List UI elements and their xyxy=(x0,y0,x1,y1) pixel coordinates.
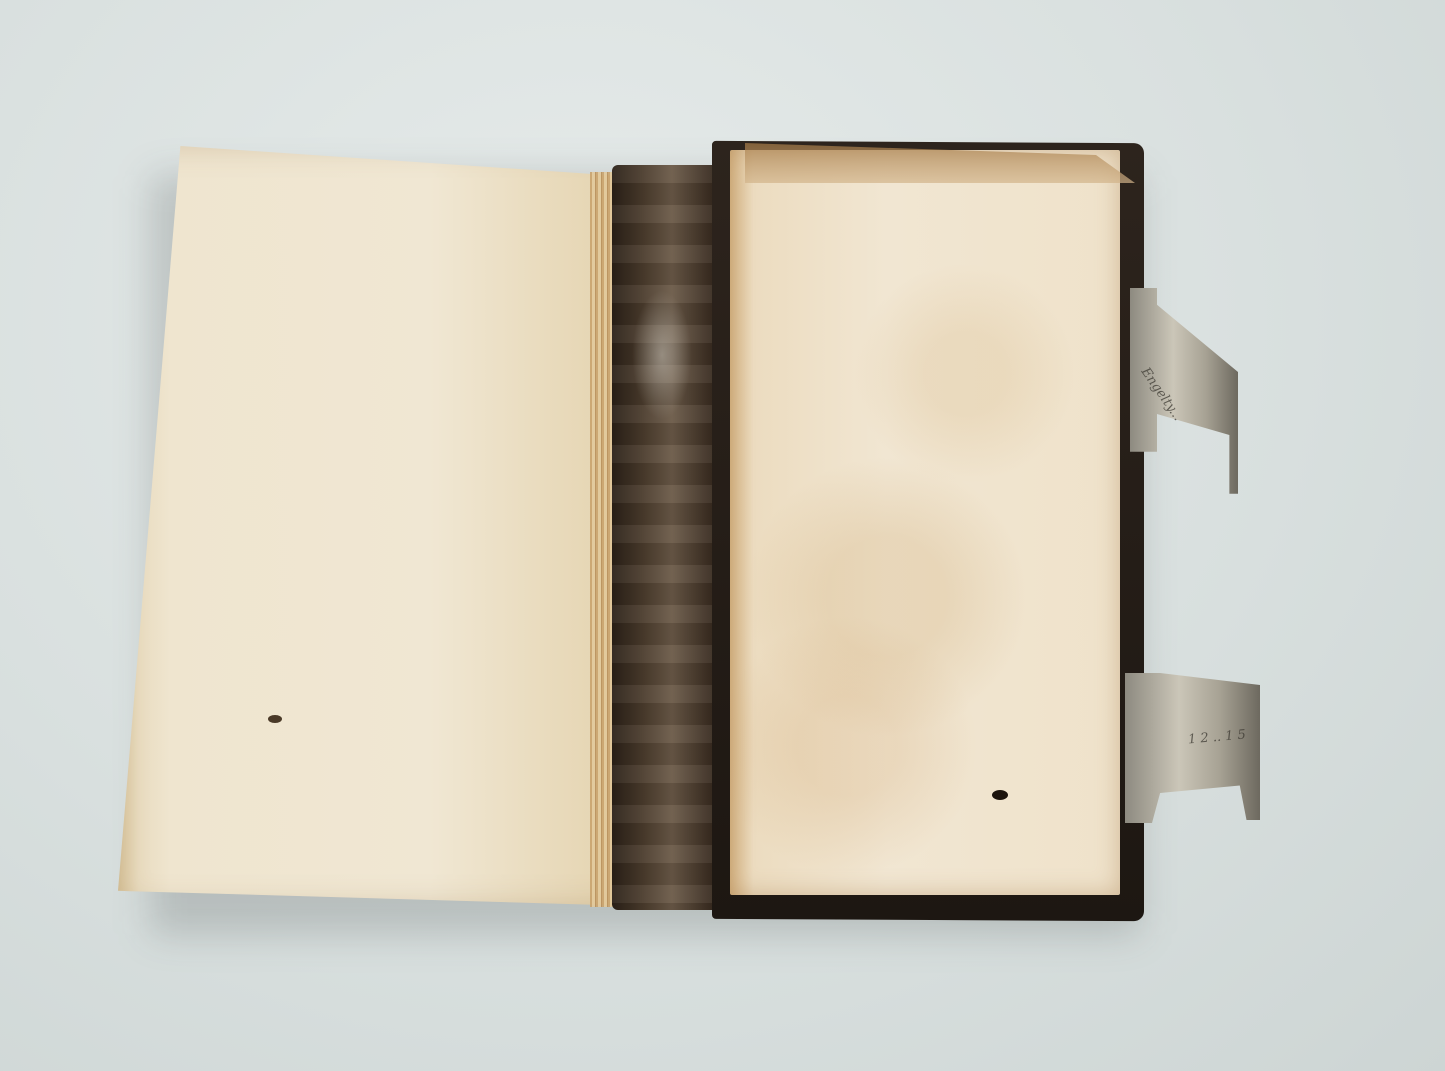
right-page-hole xyxy=(992,790,1008,800)
left-page-stain xyxy=(268,715,282,723)
book-photo: Engelty... 1 2 .. 1 5 xyxy=(0,0,1445,1071)
right-page xyxy=(730,150,1120,895)
spine-wear xyxy=(632,290,692,420)
left-page xyxy=(118,146,638,906)
bottom-clasp xyxy=(1125,673,1260,823)
top-clasp xyxy=(1130,288,1238,498)
